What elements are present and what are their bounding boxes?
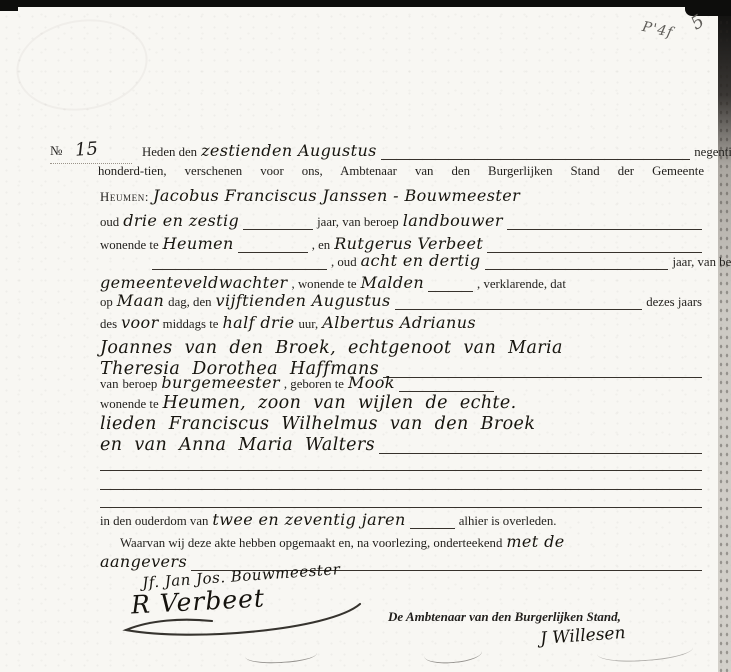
- act-number-value: 15: [75, 138, 99, 161]
- printed-text: jaar, van beroep: [317, 215, 399, 230]
- document-line: aangevers: [98, 552, 704, 571]
- fill-rule: [485, 269, 669, 270]
- printed-text: des: [100, 317, 117, 332]
- handwritten-text: burgemeester: [161, 373, 280, 392]
- printed-text: middags te: [163, 317, 219, 332]
- handwritten-text: Malden: [361, 273, 424, 292]
- document-line: Heden denzestienden Augustusnegentien: [98, 141, 731, 160]
- printed-text: jaar, van beroep: [672, 255, 731, 270]
- handwritten-text: voor: [121, 313, 159, 332]
- handwritten-text: Joannes van den Broek, echtgenoot van Ma…: [100, 338, 563, 358]
- document-line: wonende teHeumen, zoon van wijlen de ech…: [98, 393, 704, 412]
- handwritten-text: gemeenteveldwachter: [100, 273, 288, 292]
- printed-text: negentien: [694, 145, 731, 160]
- handwritten-text: Mook: [348, 373, 395, 392]
- scan-border-right: [718, 0, 731, 672]
- document-line: lieden Franciscus Wilhelmus van den Broe…: [98, 414, 704, 433]
- printed-text: alhier is overleden.: [459, 514, 557, 529]
- handwritten-text: zestienden Augustus: [201, 141, 377, 160]
- handwritten-text: met de: [506, 532, 564, 551]
- fill-rule: [100, 507, 702, 508]
- printed-text: , verklarende, dat: [477, 277, 566, 292]
- printed-text: dag, den: [168, 295, 211, 310]
- fill-rule: [395, 309, 643, 310]
- printed-text: honderd-tien, verschenen voor ons, Ambte…: [98, 164, 704, 179]
- printed-text: in den ouderdom van: [100, 514, 208, 529]
- handwritten-text: aangevers: [100, 552, 187, 571]
- document-line: Heumen:Jacobus Franciscus Janssen - Bouw…: [98, 186, 704, 205]
- printed-text: uur,: [298, 317, 318, 332]
- handwritten-text: lieden Franciscus Wilhelmus van den Broe…: [100, 414, 535, 434]
- handwritten-text: Maan: [117, 291, 164, 310]
- handwritten-text: twee en zeventig jaren: [212, 510, 405, 529]
- official-title: De Ambtenaar van den Burgerlijken Stand,: [388, 609, 621, 625]
- act-number-label: №: [50, 143, 62, 159]
- fill-rule: [399, 391, 494, 392]
- handwritten-text: landbouwer: [403, 211, 503, 230]
- document-line: in den ouderdom vantwee en zeventig jare…: [98, 510, 704, 529]
- handwritten-text: half drie: [222, 313, 294, 332]
- document-line: , oudacht en dertigjaar, van beroep: [98, 251, 731, 270]
- printed-text: Waarvan wij deze akte hebben opgemaakt e…: [120, 536, 502, 551]
- document-line: honderd-tien, verschenen voor ons, Ambte…: [98, 164, 704, 183]
- document-line: desvoormiddags tehalf drieuur,Albertus A…: [98, 313, 704, 332]
- document-line: Waarvan wij deze akte hebben opgemaakt e…: [98, 532, 724, 551]
- document-line: [98, 471, 704, 490]
- printed-text: op: [100, 295, 113, 310]
- printed-text: beroep: [122, 377, 157, 392]
- signature-flourish: [116, 590, 368, 644]
- document-line: opMaandag, denvijftienden Augustusdezes …: [98, 291, 704, 310]
- printed-text: dezes jaars: [646, 295, 702, 310]
- document-line: ouddrie en zestigjaar, van beroeplandbou…: [98, 211, 704, 230]
- document-line: Joannes van den Broek, echtgenoot van Ma…: [98, 338, 704, 357]
- document-line: [98, 489, 704, 508]
- printed-text: , geboren te: [284, 377, 344, 392]
- handwritten-text: Jacobus Franciscus Janssen - Bouwmeester: [153, 186, 520, 205]
- scan-corner-top-left: [0, 0, 18, 11]
- printed-text: , oud: [331, 255, 357, 270]
- fill-rule: [507, 229, 702, 230]
- fill-rule: [152, 269, 327, 270]
- handwritten-text: acht en dertig: [361, 251, 481, 270]
- fill-rule: [381, 159, 690, 160]
- fill-rule: [410, 528, 455, 529]
- document-line: gemeenteveldwachter, wonende teMalden, v…: [98, 273, 704, 292]
- handwritten-text: Heumen, zoon van wijlen de echte.: [163, 393, 517, 413]
- handwritten-text: vijftienden Augustus: [216, 291, 391, 310]
- document-line: [98, 452, 704, 471]
- printed-text: , wonende te: [292, 277, 357, 292]
- document-line: vanberoepburgemeester, geboren teMook: [98, 373, 704, 392]
- handwritten-text: drie en zestig: [123, 211, 239, 230]
- printed-text: wonende te: [100, 397, 159, 412]
- fill-rule: [243, 229, 313, 230]
- printed-text: van: [100, 377, 118, 392]
- death-certificate-page: P'4f 5 № 15 Heden denzestienden Augustus…: [0, 0, 731, 672]
- printed-text: Heden den: [142, 145, 197, 160]
- printed-text: Heumen:: [100, 190, 149, 205]
- handwritten-text: Albertus Adrianus: [322, 313, 476, 332]
- printed-text: oud: [100, 215, 119, 230]
